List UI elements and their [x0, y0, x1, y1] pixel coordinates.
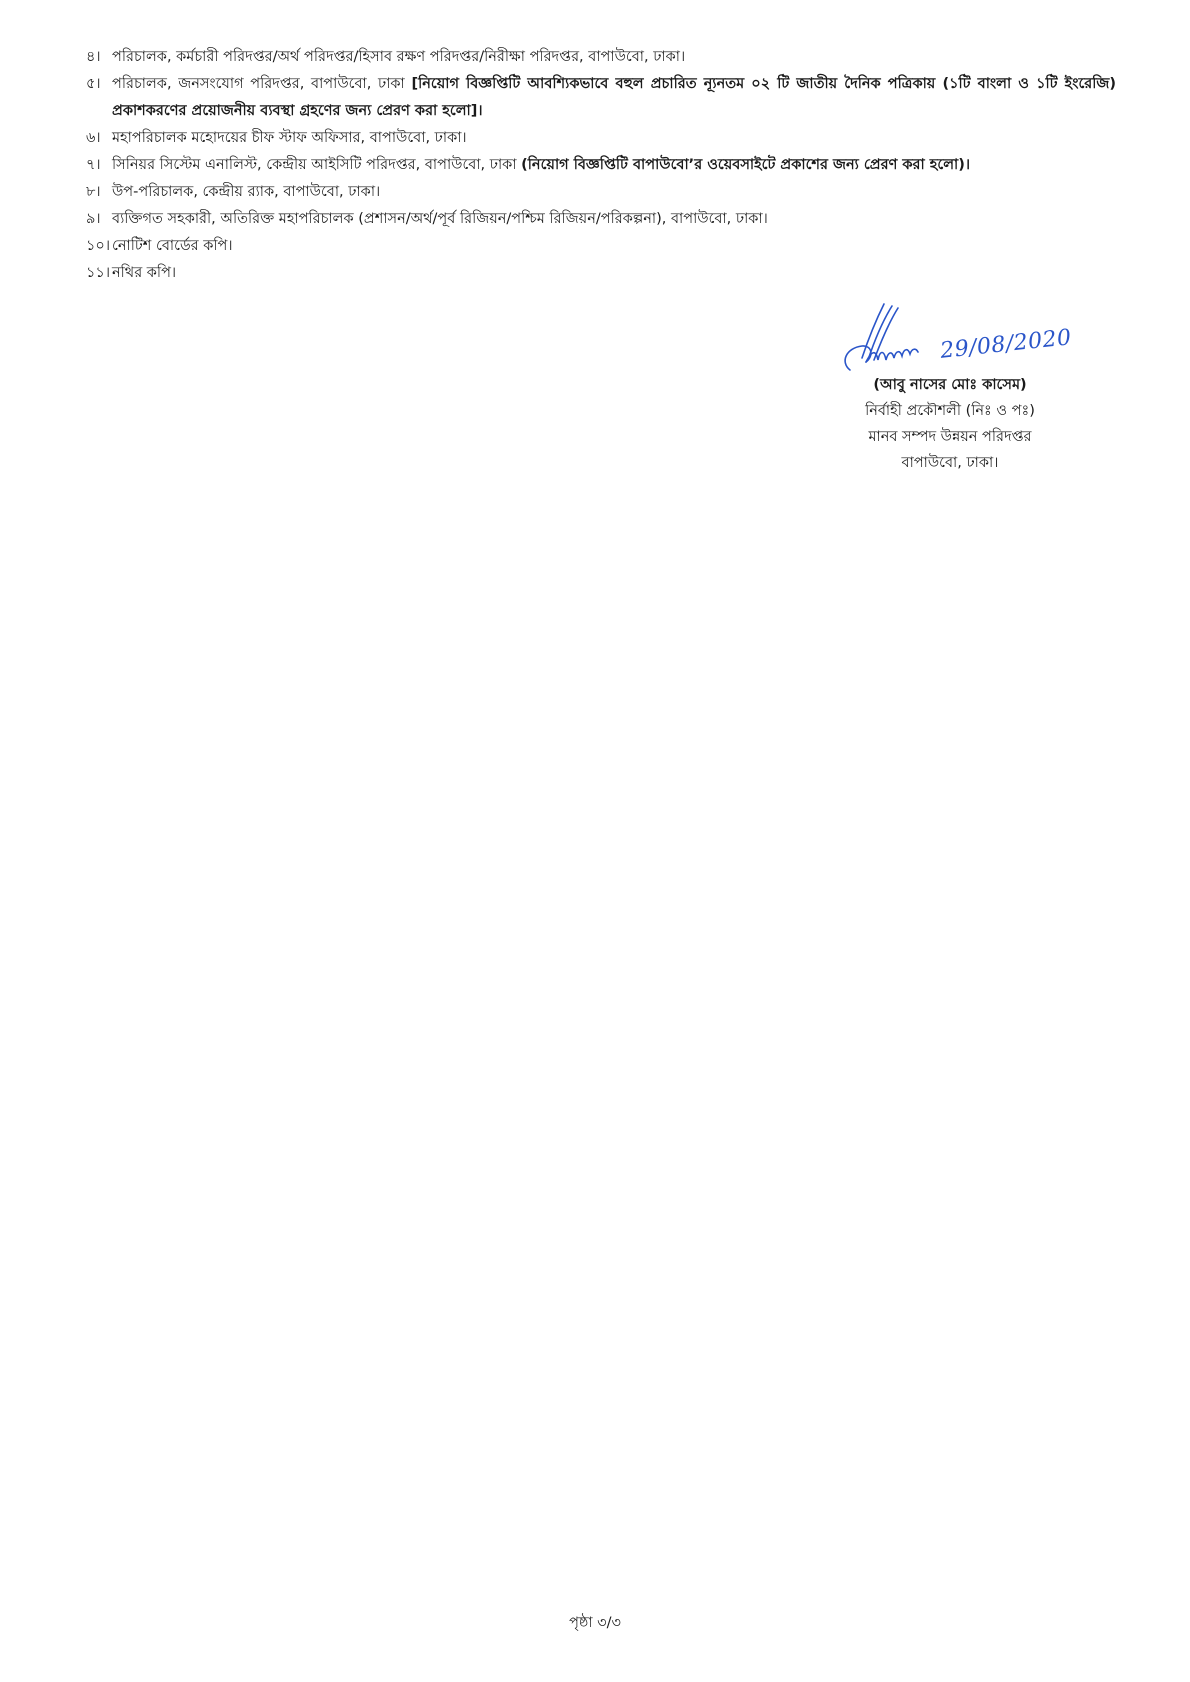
item-number: ৫।	[86, 71, 112, 98]
document-page: ৪। পরিচালক, কর্মচারী পরিদপ্তর/অর্থ পরিদপ…	[0, 0, 1190, 1682]
item-text-part: সিনিয়র সিস্টেম এনালিস্ট, কেন্দ্রীয় আইস…	[112, 157, 521, 173]
signatory-designation: নির্বাহী প্রকৌশলী (নিঃ ও পঃ)	[790, 398, 1110, 424]
item-text: ব্যক্তিগত সহকারী, অতিরিক্ত মহাপরিচালক (প…	[112, 206, 1116, 233]
item-text-part: নথির কপি।	[112, 265, 176, 281]
distribution-item: ১১। নথির কপি।	[86, 260, 1116, 287]
distribution-item: ৮। উপ-পরিচালক, কেন্দ্রীয় র‍্যাক, বাপাউব…	[86, 179, 1116, 206]
page-number: পৃষ্ঠা ৩/৩	[0, 1612, 1190, 1636]
item-text-part: পরিচালক, জনসংযোগ পরিদপ্তর, বাপাউবো, ঢাকা	[112, 76, 411, 92]
handwritten-signature: 29/08/2020	[790, 300, 1110, 372]
item-text: সিনিয়র সিস্টেম এনালিস্ট, কেন্দ্রীয় আইস…	[112, 152, 1116, 179]
item-number: ৭।	[86, 152, 112, 179]
item-number: ৯।	[86, 206, 112, 233]
distribution-item: ১০। নোটিশ বোর্ডের কপি।	[86, 233, 1116, 260]
item-text-part: মহাপরিচালক মহোদয়ের চীফ স্টাফ অফিসার, বা…	[112, 130, 467, 146]
item-text-bold-note: (নিয়োগ বিজ্ঞপ্তিটি বাপাউবো’র ওয়েবসাইটে…	[521, 157, 970, 173]
item-number: ৪।	[86, 44, 112, 71]
distribution-list: ৪। পরিচালক, কর্মচারী পরিদপ্তর/অর্থ পরিদপ…	[86, 44, 1116, 287]
item-text-part: পরিচালক, কর্মচারী পরিদপ্তর/অর্থ পরিদপ্তর…	[112, 49, 685, 65]
item-text: নোটিশ বোর্ডের কপি।	[112, 233, 1116, 260]
item-number: ৮।	[86, 179, 112, 206]
distribution-item: ৫। পরিচালক, জনসংযোগ পরিদপ্তর, বাপাউবো, ঢ…	[86, 71, 1116, 125]
item-number: ১০।	[86, 233, 112, 260]
signatory-name: (আবু নাসের মোঃ কাসেম)	[790, 372, 1110, 398]
item-text-part: নোটিশ বোর্ডের কপি।	[112, 238, 233, 254]
distribution-item: ৯। ব্যক্তিগত সহকারী, অতিরিক্ত মহাপরিচালক…	[86, 206, 1116, 233]
item-text-part: ব্যক্তিগত সহকারী, অতিরিক্ত মহাপরিচালক (প…	[112, 211, 768, 227]
item-text: মহাপরিচালক মহোদয়ের চীফ স্টাফ অফিসার, বা…	[112, 125, 1116, 152]
item-text: নথির কপি।	[112, 260, 1116, 287]
item-text: পরিচালক, জনসংযোগ পরিদপ্তর, বাপাউবো, ঢাকা…	[112, 71, 1116, 125]
item-text: পরিচালক, কর্মচারী পরিদপ্তর/অর্থ পরিদপ্তর…	[112, 44, 1116, 71]
signature-block: 29/08/2020 (আবু নাসের মোঃ কাসেম) নির্বাহ…	[790, 300, 1110, 476]
signatory-department: মানব সম্পদ উন্নয়ন পরিদপ্তর	[790, 424, 1110, 450]
signature-icon	[810, 300, 960, 372]
distribution-item: ৬। মহাপরিচালক মহোদয়ের চীফ স্টাফ অফিসার,…	[86, 125, 1116, 152]
item-text-part: উপ-পরিচালক, কেন্দ্রীয় র‍্যাক, বাপাউবো, …	[112, 184, 380, 200]
item-number: ১১।	[86, 260, 112, 287]
signatory-office: বাপাউবো, ঢাকা।	[790, 450, 1110, 476]
item-text: উপ-পরিচালক, কেন্দ্রীয় র‍্যাক, বাপাউবো, …	[112, 179, 1116, 206]
distribution-item: ৭। সিনিয়র সিস্টেম এনালিস্ট, কেন্দ্রীয় …	[86, 152, 1116, 179]
item-number: ৬।	[86, 125, 112, 152]
distribution-item: ৪। পরিচালক, কর্মচারী পরিদপ্তর/অর্থ পরিদপ…	[86, 44, 1116, 71]
